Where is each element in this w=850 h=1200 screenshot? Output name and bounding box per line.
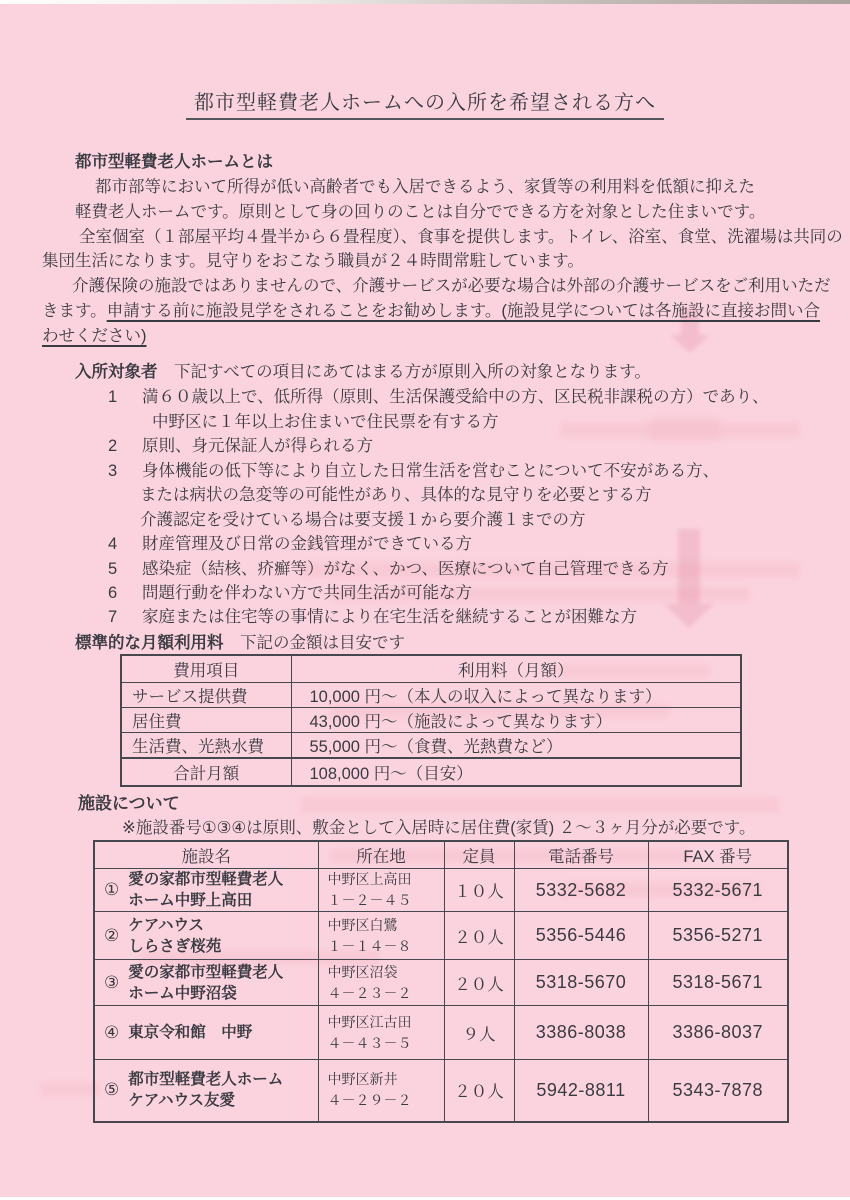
facilities-note: ※施設番号①③④は原則、敷金として入居時に居住費(家賃) ２～３ヶ月分が必要です… <box>122 816 755 840</box>
facility-fax-cell: 5343-7878 <box>648 1060 788 1122</box>
eligibility-item-6: 6問題行動を伴わない方で共同生活が可能な方 <box>108 581 472 605</box>
item-number: 5 <box>108 557 142 581</box>
about-line-1: 都市部等において所得が低い高齢者でも入居できるよう、家賃等の利用料を低額に抑えた <box>95 175 755 199</box>
eligibility-heading: 入所対象者 <box>75 363 158 381</box>
fee-price-cell: 55,000 円～（食費、光熱費など） <box>291 733 741 759</box>
fee-row-housing: 居住費 43,000 円～（施設によって異なります） <box>121 708 741 733</box>
fee-price-cell: 43,000 円～（施設によって異なります） <box>291 708 741 733</box>
facility-name-cell: ③ 愛の家都市型軽費老人ホーム中野沼袋 <box>94 960 318 1006</box>
facility-tel-cell: 5332-5682 <box>514 869 648 912</box>
item-number: 4 <box>108 532 142 556</box>
facility-number: ① <box>104 880 119 900</box>
fee-item-cell: サービス提供費 <box>121 683 291 708</box>
about-line-3: 全室個室（１部屋平均４畳半から６畳程度）、食事を提供します。トイレ、浴室、食堂、… <box>79 225 843 249</box>
fee-table: 費用項目 利用料（月額） サービス提供費 10,000 円～（本人の収入によって… <box>120 654 742 787</box>
item-text: 原則、身元保証人が得られる方 <box>142 437 373 455</box>
fee-total-label: 合計月額 <box>121 758 291 786</box>
item-number: 1 <box>108 385 142 409</box>
about-heading: 都市型軽費老人ホームとは <box>75 150 273 174</box>
facility-fax-cell: 5332-5671 <box>648 869 788 912</box>
fees-heading-note: 下記の金額は目安です <box>240 634 405 652</box>
column-header-fax: FAX 番号 <box>648 841 788 869</box>
facility-tel-cell: 5318-5670 <box>514 960 648 1006</box>
eligibility-item-2: 2原則、身元保証人が得られる方 <box>108 434 373 458</box>
fees-heading: 標準的な月額利用料 <box>75 634 224 652</box>
item-text: 感染症（結核、疥癬等）がなく、かつ、医療について自己管理できる方 <box>142 560 669 578</box>
fee-row-living: 生活費、光熱水費 55,000 円～（食費、光熱費など） <box>121 733 741 759</box>
bleed-through-smudge <box>40 1082 100 1096</box>
bleed-through-smudge <box>650 416 720 442</box>
facility-number: ⑤ <box>104 1080 119 1100</box>
facility-row-4: ④ 東京令和館 中野 中野区江古田４－４３－５ ９人 3386-8038 338… <box>94 1006 788 1060</box>
eligibility-item-3-cont: または病状の急変等の可能性があり、具体的な見守りを必要とする方 <box>140 483 652 507</box>
column-header-capacity: 定員 <box>444 841 514 869</box>
item-number: 7 <box>108 605 142 629</box>
facilities-header-row: 施設名 所在地 定員 電話番号 FAX 番号 <box>94 841 788 869</box>
facility-tel-cell: 3386-8038 <box>514 1006 648 1060</box>
item-text: 身体機能の低下等により自立した日常生活を営むことについて不安がある方、 <box>142 462 719 480</box>
column-header-tel: 電話番号 <box>514 841 648 869</box>
document-page: 都市型軽費老人ホームへの入所を希望される方へ 都市型軽費老人ホームとは 都市部等… <box>0 4 850 1197</box>
item-text: 満６０歳以上で、低所得（原則、生活保護受給中の方、区民税非課税の方）であり、 <box>142 388 769 406</box>
facility-capacity-cell: ９人 <box>444 1006 514 1060</box>
facility-name-cell: ② ケアハウスしらさぎ桜苑 <box>94 912 318 960</box>
facility-address-cell: 中野区江古田４－４３－５ <box>318 1006 444 1060</box>
about-line-2: 軽費老人ホームです。原則として身の回りのことは自分でできる方を対象とした住まいで… <box>75 200 765 224</box>
facility-fax-cell: 5356-5271 <box>648 912 788 960</box>
facility-address-cell: 中野区新井４－２９－２ <box>318 1060 444 1122</box>
eligibility-item-3: 3身体機能の低下等により自立した日常生活を営むことについて不安がある方、 <box>108 459 719 483</box>
facility-name-cell: ⑤ 都市型軽費老人ホームケアハウス友愛 <box>94 1060 318 1122</box>
item-number: 3 <box>108 459 142 483</box>
facility-row-5: ⑤ 都市型軽費老人ホームケアハウス友愛 中野区新井４－２９－２ ２０人 5942… <box>94 1060 788 1122</box>
eligibility-heading-line: 入所対象者 下記すべての項目にあてはまる方が原則入所の対象となります。 <box>75 360 651 384</box>
about-line-5: 介護保険の施設ではありませんので、介護サービスが必要な場合は外部の介護サービスを… <box>72 274 831 298</box>
page-title-text: 都市型軽費老人ホームへの入所を希望される方へ <box>186 92 664 120</box>
facility-fax-cell: 5318-5671 <box>648 960 788 1006</box>
facility-address-cell: 中野区上高田１－２－４５ <box>318 869 444 912</box>
about-line-6-plain: きます。 <box>42 302 107 320</box>
facility-capacity-cell: １０人 <box>444 869 514 912</box>
facility-row-2: ② ケアハウスしらさぎ桜苑 中野区白鷺１－１４－８ ２０人 5356-5446 … <box>94 912 788 960</box>
facility-name-cell: ④ 東京令和館 中野 <box>94 1006 318 1060</box>
fee-item-cell: 居住費 <box>121 708 291 733</box>
facility-number: ② <box>104 926 119 946</box>
facility-tel-cell: 5356-5446 <box>514 912 648 960</box>
eligibility-item-1: 1満６０歳以上で、低所得（原則、生活保護受給中の方、区民税非課税の方）であり、 <box>108 385 769 409</box>
facility-number: ④ <box>104 1023 119 1043</box>
about-line-4: 集団生活になります。見守りをおこなう職員が２４時間常駐しています。 <box>42 249 584 273</box>
facility-fax-cell: 3386-8037 <box>648 1006 788 1060</box>
eligibility-item-7: 7家庭または住宅等の事情により在宅生活を継続することが困難な方 <box>108 605 637 629</box>
page-title: 都市型軽費老人ホームへの入所を希望される方へ <box>0 86 850 115</box>
facilities-heading: 施設について <box>78 792 180 816</box>
eligibility-item-5: 5感染症（結核、疥癬等）がなく、かつ、医療について自己管理できる方 <box>108 557 669 581</box>
about-line-7: わせください) <box>42 324 147 348</box>
item-number: 6 <box>108 581 142 605</box>
fee-item-cell: 生活費、光熱水費 <box>121 733 291 759</box>
column-header-name: 施設名 <box>94 841 318 869</box>
facility-capacity-cell: ２０人 <box>444 960 514 1006</box>
column-header-item: 費用項目 <box>121 655 291 683</box>
item-text: 財産管理及び日常の金銭管理ができている方 <box>142 535 472 553</box>
fee-price-cell: 10,000 円～（本人の収入によって異なります） <box>291 683 741 708</box>
facilities-table: 施設名 所在地 定員 電話番号 FAX 番号 ① 愛の家都市型軽費老人ホーム中野… <box>93 840 789 1123</box>
fees-heading-line: 標準的な月額利用料 下記の金額は目安です <box>75 631 405 655</box>
bleed-through-smudge <box>300 797 780 813</box>
item-number: 2 <box>108 434 142 458</box>
eligibility-heading-note: 下記すべての項目にあてはまる方が原則入所の対象となります。 <box>174 363 651 381</box>
facility-row-3: ③ 愛の家都市型軽費老人ホーム中野沼袋 中野区沼袋４－２３－２ ２０人 5318… <box>94 960 788 1006</box>
facility-capacity-cell: ２０人 <box>444 912 514 960</box>
facility-row-1: ① 愛の家都市型軽費老人ホーム中野上高田 中野区上高田１－２－４５ １０人 53… <box>94 869 788 912</box>
underlined-text: 申請する前に施設見学をされることをお勧めします。(施設見学については各施設に直接… <box>107 302 820 320</box>
facility-capacity-cell: ２０人 <box>444 1060 514 1122</box>
facility-name-cell: ① 愛の家都市型軽費老人ホーム中野上高田 <box>94 869 318 912</box>
fee-row-service: サービス提供費 10,000 円～（本人の収入によって異なります） <box>121 683 741 708</box>
item-text: 問題行動を伴わない方で共同生活が可能な方 <box>142 584 472 602</box>
eligibility-item-3-cont2: 介護認定を受けている場合は要支援１から要介護１までの方 <box>140 508 586 532</box>
column-header-address: 所在地 <box>318 841 444 869</box>
facility-tel-cell: 5942-8811 <box>514 1060 648 1122</box>
facility-number: ③ <box>104 973 119 993</box>
about-line-6: きます。申請する前に施設見学をされることをお勧めします。(施設見学については各施… <box>42 299 820 323</box>
eligibility-item-4: 4財産管理及び日常の金銭管理ができている方 <box>108 532 472 556</box>
bleed-through-arrow-large <box>664 529 714 628</box>
item-text: 家庭または住宅等の事情により在宅生活を継続することが困難な方 <box>142 608 637 626</box>
fee-total-row: 合計月額 108,000 円～（目安） <box>121 758 741 786</box>
eligibility-item-1-cont: 中野区に１年以上お住まいで住民票を有する方 <box>152 410 499 434</box>
facility-address-cell: 中野区沼袋４－２３－２ <box>318 960 444 1006</box>
fee-total-price: 108,000 円～（目安） <box>291 758 741 786</box>
column-header-price: 利用料（月額） <box>291 655 741 683</box>
facility-address-cell: 中野区白鷺１－１４－８ <box>318 912 444 960</box>
fee-table-header-row: 費用項目 利用料（月額） <box>121 655 741 683</box>
